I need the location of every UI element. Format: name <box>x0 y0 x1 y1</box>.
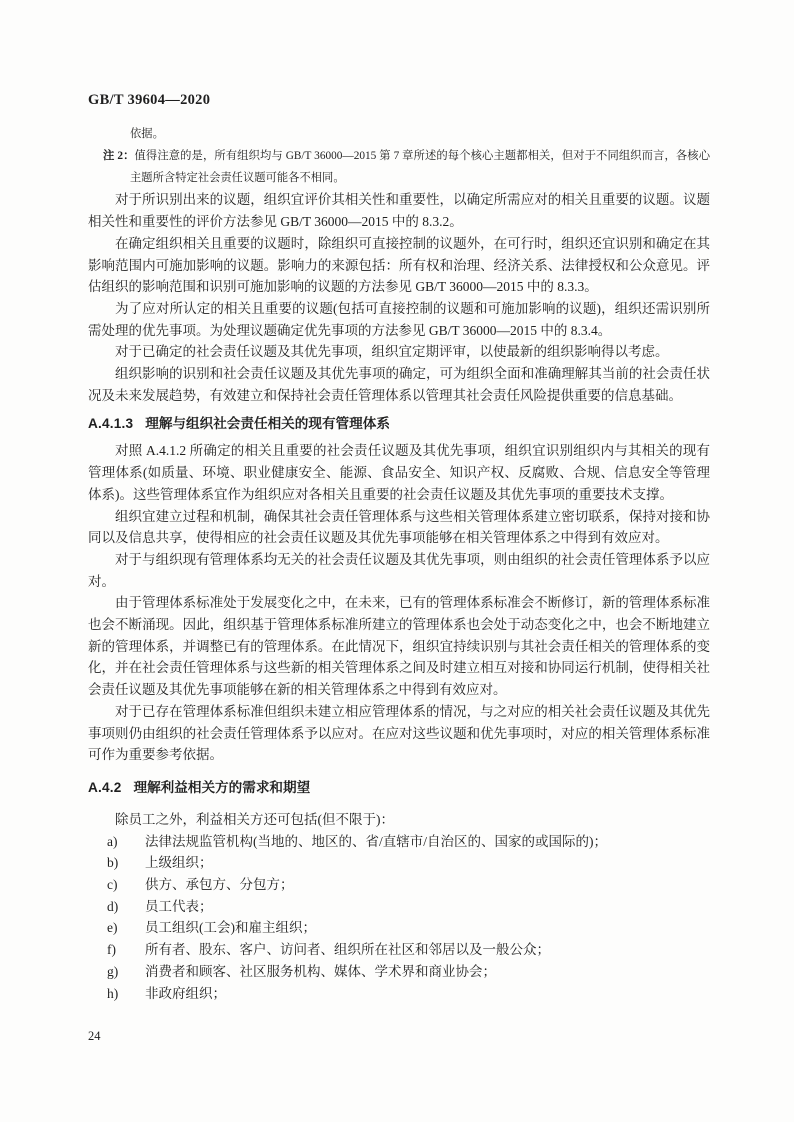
list-item-text: 消费者和顾客、社区服务机构、媒体、学术界和商业协会； <box>145 964 496 979</box>
list-item-marker: f) <box>107 939 116 961</box>
paragraph: 组织宜建立过程和机制，确保其社会责任管理体系与这些相关管理体系建立密切联系，保持… <box>88 506 710 549</box>
heading-a42: A.4.2理解利益相关方的需求和期望 <box>88 777 710 798</box>
list-item-marker: g) <box>107 961 118 983</box>
list-item-text: 员工代表； <box>145 899 213 914</box>
list-item: f)所有者、股东、客户、访问者、组织所在社区和邻居以及一般公众； <box>88 939 710 961</box>
note2-text: 值得注意的是，所有组织均与 GB/T 36000—2015 第 7 章所述的每个… <box>130 150 710 184</box>
list-item: e)员工组织(工会)和雇主组织； <box>88 917 710 939</box>
note1-tail-text: 依据。 <box>88 124 710 146</box>
list-item-text: 非政府组织； <box>145 986 226 1001</box>
paragraph: 组织影响的识别和社会责任议题及其优先事项的确定，可为组织全面和准确理解其当前的社… <box>88 363 710 406</box>
heading-a413-number: A.4.1.3 <box>88 416 133 431</box>
paragraph: 由于管理体系标准处于发展变化之中，在未来，已有的管理体系标准会不断修订，新的管理… <box>88 592 710 701</box>
heading-a42-title: 理解利益相关方的需求和期望 <box>134 780 311 795</box>
list-item-text: 法律法规监管机构(当地的、地区的、省/直辖市/自治区的、国家的或国际的)； <box>145 834 607 849</box>
heading-a413-title: 理解与组织社会责任相关的现有管理体系 <box>145 416 390 431</box>
section-a42-body: 除员工之外，利益相关方还可包括(但不限于)： a)法律法规监管机构(当地的、地区… <box>88 809 710 1004</box>
heading-a413: A.4.1.3理解与组织社会责任相关的现有管理体系 <box>88 413 710 434</box>
section-a412-body: 对于所识别出来的议题，组织宜评价其相关性和重要性，以确定所需应对的相关且重要的议… <box>88 189 710 406</box>
note2-label: 注 2： <box>103 150 135 162</box>
notes-block: 依据。 注 2：值得注意的是，所有组织均与 GB/T 36000—2015 第 … <box>88 124 710 189</box>
paragraph: 为了应对所认定的相关且重要的议题(包括可直接控制的议题和可施加影响的议题)，组织… <box>88 298 710 341</box>
list-item-marker: e) <box>107 917 118 939</box>
list-item-marker: h) <box>107 983 118 1005</box>
list-item-text: 所有者、股东、客户、访问者、组织所在社区和邻居以及一般公众； <box>145 942 550 957</box>
page-number: 24 <box>88 1029 101 1044</box>
list-item: h)非政府组织； <box>88 983 710 1005</box>
list-item: a)法律法规监管机构(当地的、地区的、省/直辖市/自治区的、国家的或国际的)； <box>88 831 710 853</box>
list-item: b)上级组织； <box>88 852 710 874</box>
list-item-text: 供方、承包方、分包方； <box>145 877 294 892</box>
paragraph: 对照 A.4.1.2 所确定的相关且重要的社会责任议题及其优先事项，组织宜识别组… <box>88 440 710 505</box>
list-item: g)消费者和顾客、社区服务机构、媒体、学术界和商业协会； <box>88 961 710 983</box>
paragraph: 对于已确定的社会责任议题及其优先事项，组织宜定期评审，以使最新的组织影响得以考虑… <box>88 341 710 363</box>
note2: 注 2：值得注意的是，所有组织均与 GB/T 36000—2015 第 7 章所… <box>88 146 710 190</box>
paragraph: 对于所识别出来的议题，组织宜评价其相关性和重要性，以确定所需应对的相关且重要的议… <box>88 189 710 232</box>
paragraph: 对于已存在管理体系标准但组织未建立相应管理体系的情况，与之对应的相关社会责任议题… <box>88 701 710 766</box>
list-item-marker: b) <box>107 852 118 874</box>
stakeholder-list: a)法律法规监管机构(当地的、地区的、省/直辖市/自治区的、国家的或国际的)； … <box>88 831 710 1005</box>
list-item: c)供方、承包方、分包方； <box>88 874 710 896</box>
list-item-text: 员工组织(工会)和雇主组织； <box>145 920 316 935</box>
doc-number-header: GB/T 39604—2020 <box>88 92 710 108</box>
list-item-marker: a) <box>107 831 118 853</box>
list-item-text: 上级组织； <box>145 855 213 870</box>
section-a413-body: 对照 A.4.1.2 所确定的相关且重要的社会责任议题及其优先事项，组织宜识别组… <box>88 440 710 766</box>
list-item-marker: d) <box>107 896 118 918</box>
heading-a42-number: A.4.2 <box>88 780 122 795</box>
list-intro: 除员工之外，利益相关方还可包括(但不限于)： <box>88 809 710 831</box>
paragraph: 对于与组织现有管理体系均无关的社会责任议题及其优先事项，则由组织的社会责任管理体… <box>88 549 710 592</box>
paragraph: 在确定组织相关且重要的议题时，除组织可直接控制的议题外，在可行时，组织还宜识别和… <box>88 233 710 298</box>
document-page: GB/T 39604—2020 依据。 注 2：值得注意的是，所有组织均与 GB… <box>0 0 794 1122</box>
list-item-marker: c) <box>107 874 118 896</box>
list-item: d)员工代表； <box>88 896 710 918</box>
